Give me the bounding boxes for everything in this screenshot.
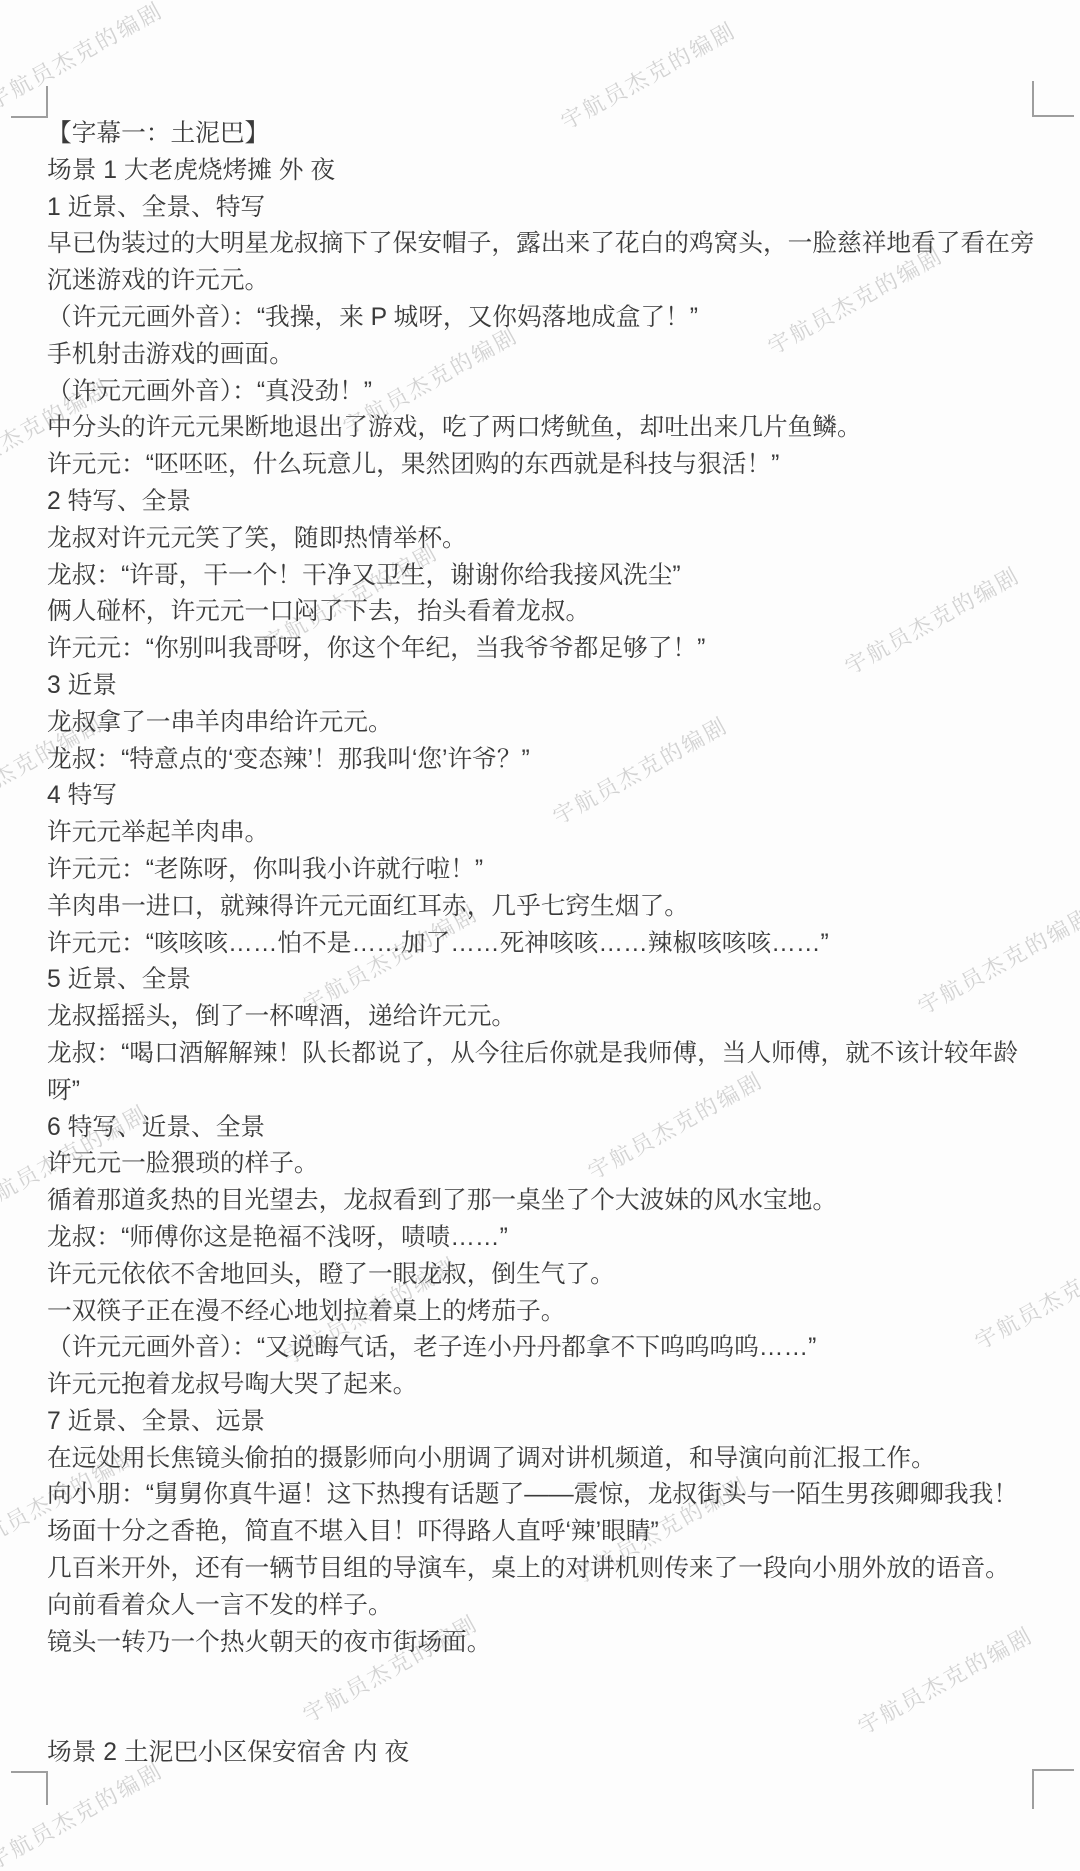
script-line: 龙叔对许元元笑了笑，随即热情举杯。 [47, 521, 1062, 558]
script-line: （许元元画外音）：“真没劲！” [47, 374, 1062, 411]
script-line: （许元元画外音）：“我操，来 P 城呀，又你妈落地成盒了！” [47, 300, 1062, 337]
script-line: 许元元抱着龙叔号啕大哭了起来。 [47, 1367, 1062, 1404]
script-line: 许元元：“咳咳咳……怕不是……加了……死神咳咳……辣椒咳咳咳……” [47, 926, 1062, 963]
script-text: 【字幕一：土泥巴】场景 1 大老虎烧烤摊 外 夜1 近景、全景、特写早已伪装过的… [47, 116, 1062, 1772]
script-line: 3 近景 [47, 668, 1062, 705]
script-line: 在远处用长焦镜头偷拍的摄影师向小朋调了调对讲机频道，和导演向前汇报工作。 [47, 1441, 1062, 1478]
script-line: 镜头一转乃一个热火朝天的夜市街场面。 [47, 1625, 1062, 1662]
script-line: 许元元举起羊肉串。 [47, 815, 1062, 852]
crop-mark-top-left-icon [11, 86, 48, 118]
script-line: 羊肉串一进口，就辣得许元元面红耳赤，几乎七窍生烟了。 [47, 889, 1062, 926]
script-line: 龙叔拿了一串羊肉串给许元元。 [47, 705, 1062, 742]
script-line: 一双筷子正在漫不经心地划拉着桌上的烤茄子。 [47, 1294, 1062, 1331]
script-line: 龙叔：“师傅你这是艳福不浅呀，啧啧……” [47, 1220, 1062, 1257]
script-line: 早已伪装过的大明星龙叔摘下了保安帽子，露出来了花白的鸡窝头，一脸慈祥地看了看在旁 [47, 226, 1062, 263]
script-line: 龙叔：“喝口酒解解辣！队长都说了，从今往后你就是我师傅，当人师傅，就不该计较年龄 [47, 1036, 1062, 1073]
crop-mark-bottom-right-icon [1032, 1769, 1074, 1809]
script-line: 龙叔摇摇头，倒了一杯啤酒，递给许元元。 [47, 999, 1062, 1036]
script-line: 几百米开外，还有一辆节目组的导演车，桌上的对讲机则传来了一段向小朋外放的语音。 [47, 1551, 1062, 1588]
script-line: 许元元：“你别叫我哥呀，你这个年纪，当我爷爷都足够了！” [47, 631, 1062, 668]
script-line: 许元元：“呸呸呸，什么玩意儿，果然团购的东西就是科技与狠活！” [47, 447, 1062, 484]
script-line: 4 特写 [47, 778, 1062, 815]
script-line: 2 特写、全景 [47, 484, 1062, 521]
document-page: 宇航员杰克的编剧宇航员杰克的编剧宇航员杰克的编剧宇航员杰克的编剧宇航员杰克的编剧… [0, 0, 1080, 1871]
script-line: 场景 1 大老虎烧烤摊 外 夜 [47, 153, 1062, 190]
script-line: 中分头的许元元果断地退出了游戏，吃了两口烤鱿鱼，却吐出来几片鱼鳞。 [47, 410, 1062, 447]
script-line: 手机射击游戏的画面。 [47, 337, 1062, 374]
script-line: 呀” [47, 1073, 1062, 1110]
script-line: 向前看着众人一言不发的样子。 [47, 1588, 1062, 1625]
script-line: 沉迷游戏的许元元。 [47, 263, 1062, 300]
script-line [47, 1698, 1062, 1735]
script-line: 龙叔：“许哥，干一个！干净又卫生，谢谢你给我接风洗尘” [47, 558, 1062, 595]
script-line: 俩人碰杯，许元元一口闷了下去，抬头看着龙叔。 [47, 594, 1062, 631]
script-line: 场面十分之香艳，简直不堪入目！吓得路人直呼‘辣’眼睛” [47, 1514, 1062, 1551]
script-line: 向小朋：“舅舅你真牛逼！这下热搜有话题了——震惊，龙叔街头与一陌生男孩卿卿我我！ [47, 1477, 1062, 1514]
script-line: 许元元依依不舍地回头，瞪了一眼龙叔，倒生气了。 [47, 1257, 1062, 1294]
script-line [47, 1661, 1062, 1698]
script-line: 龙叔：“特意点的‘变态辣’！那我叫‘您’许爷？” [47, 742, 1062, 779]
crop-mark-bottom-left-icon [11, 1771, 48, 1805]
script-line: 6 特写、近景、全景 [47, 1110, 1062, 1147]
script-line: （许元元画外音）：“又说晦气话，老子连小丹丹都拿不下呜呜呜呜……” [47, 1330, 1062, 1367]
script-line: 7 近景、全景、远景 [47, 1404, 1062, 1441]
script-line: 许元元：“老陈呀，你叫我小许就行啦！” [47, 852, 1062, 889]
script-line: 许元元一脸猥琐的样子。 [47, 1146, 1062, 1183]
script-line: 1 近景、全景、特写 [47, 190, 1062, 227]
script-line: 循着那道炙热的目光望去，龙叔看到了那一桌坐了个大波妹的风水宝地。 [47, 1183, 1062, 1220]
crop-mark-top-right-icon [1032, 81, 1074, 117]
script-line: 场景 2 土泥巴小区保安宿舍 内 夜 [47, 1735, 1062, 1772]
script-line: 5 近景、全景 [47, 962, 1062, 999]
script-line: 【字幕一：土泥巴】 [47, 116, 1062, 153]
